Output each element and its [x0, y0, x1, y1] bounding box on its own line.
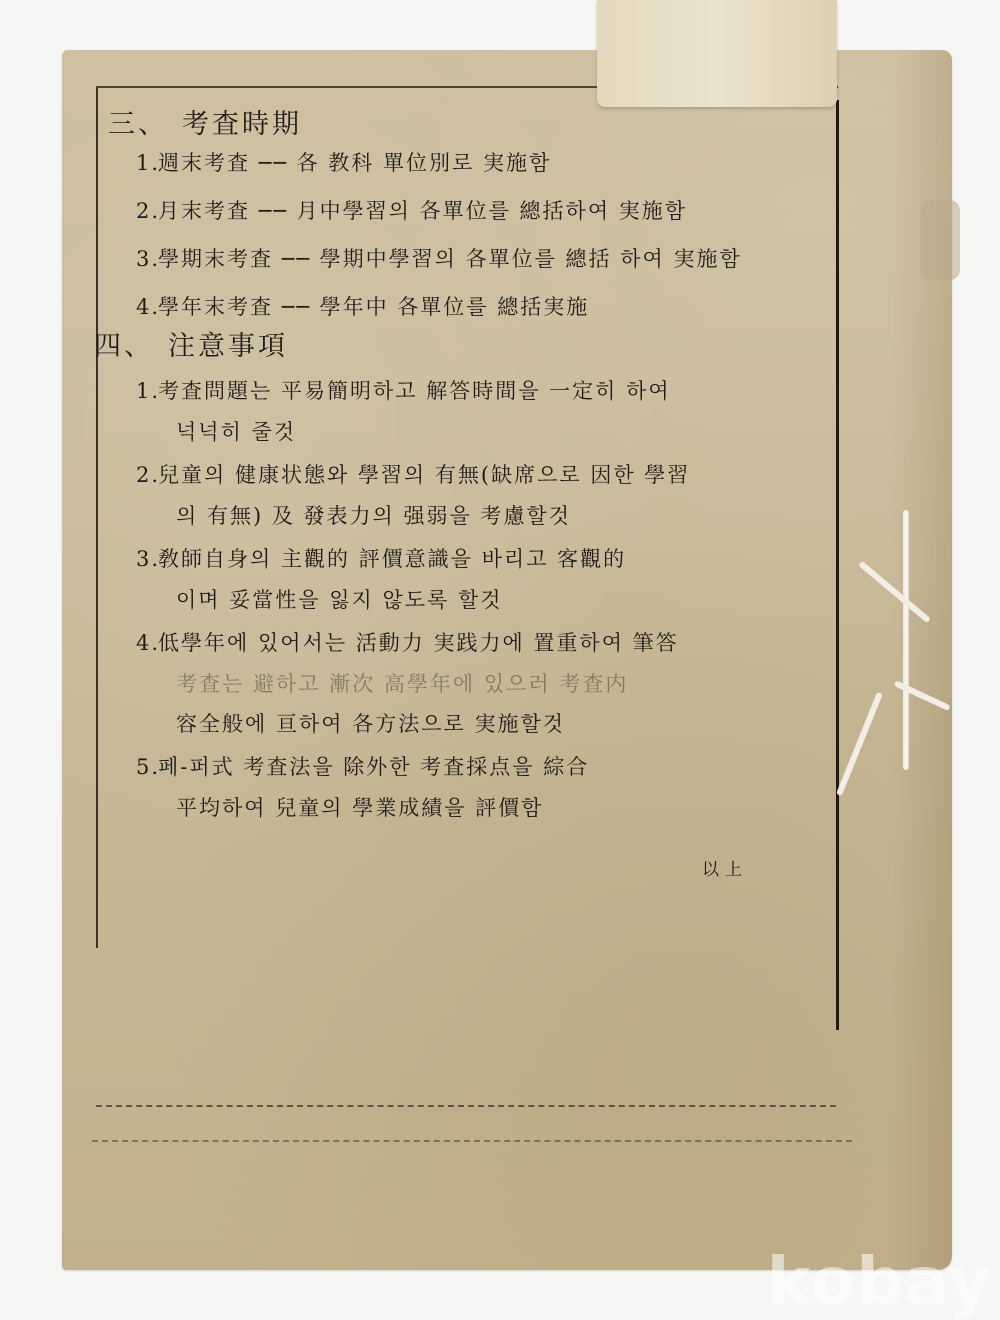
item-continuation: 容全般에 亘하여 各方法으로 実施할것 — [108, 704, 828, 744]
item-continuation: 考査는 避하고 漸次 高學年에 있으러 考査内 — [108, 664, 828, 704]
item-continuation: 넉넉히 줄것 — [108, 412, 828, 452]
section-3-item-1: 1.週末考査 ── 各 教科 單位別로 実施함 — [108, 142, 828, 184]
item-text: 低學年에 있어서는 活動力 実践力에 置重하여 筆答 — [158, 631, 679, 655]
item-text: 考査問題는 平易簡明하고 解答時間을 一定히 하여 — [158, 379, 671, 403]
section-3-item-4: 4.學年末考査 ── 學年中 各單位를 總括実施 — [108, 286, 828, 328]
item-text: 學年末考査 ── 學年中 各單位를 總括実施 — [158, 295, 589, 319]
binding-string — [903, 510, 909, 770]
section-4-item-3: 3.敎師自身의 主觀的 評價意識을 바리고 客觀的 이며 妥當性을 잃지 않도록… — [108, 538, 828, 620]
dashed-rule-upper — [96, 1105, 836, 1107]
section-title: 注意事項 — [168, 331, 288, 362]
item-number: 3. — [136, 538, 158, 580]
item-number: 2. — [136, 454, 158, 496]
item-number: 1. — [136, 142, 158, 184]
item-text: 兒童의 健康状態와 學習의 有無(缺席으로 因한 學習 — [158, 463, 690, 487]
paper-tear — [920, 200, 960, 280]
item-number: 4. — [136, 622, 158, 664]
section-4-item-5: 5.페-퍼式 考査法을 除外한 考査採点을 綜合 平均하여 兒童의 學業成績을 … — [108, 746, 828, 828]
item-text: 學期末考査 ── 學期中學習의 各單位를 總括 하여 実施함 — [158, 247, 742, 271]
section-number: 四、 — [94, 331, 154, 362]
item-text: 敎師自身의 主觀的 評價意識을 바리고 客觀的 — [158, 547, 626, 571]
document-body: 三、考査時期 1.週末考査 ── 各 教科 單位別로 実施함 2.月末考査 ──… — [108, 108, 828, 828]
item-continuation: 의 有無) 及 發表力의 强弱을 考慮할것 — [108, 496, 828, 536]
section-number: 三、 — [108, 109, 168, 140]
watermark-logo: kobay — [767, 1243, 992, 1320]
item-continuation: 이며 妥當性을 잃지 않도록 할것 — [108, 580, 828, 620]
section-title: 考査時期 — [182, 109, 302, 140]
section-3-item-3: 3.學期末考査 ── 學期中學習의 各單位를 總括 하여 実施함 — [108, 238, 828, 280]
item-number: 2. — [136, 190, 158, 232]
section-4-item-2: 2.兒童의 健康状態와 學習의 有無(缺席으로 因한 學習 의 有無) 及 發表… — [108, 454, 828, 536]
item-number: 1. — [136, 370, 158, 412]
item-number: 5. — [136, 746, 158, 788]
section-3-heading: 三、考査時期 — [108, 108, 828, 142]
section-3-item-2: 2.月末考査 ── 月中學習의 各單位를 總括하여 実施함 — [108, 190, 828, 232]
section-4-heading: 四、注意事項 — [94, 330, 828, 364]
item-text: 月末考査 ── 月中學習의 各單位를 總括하여 実施함 — [158, 199, 687, 223]
section-4-item-1: 1.考査問題는 平易簡明하고 解答時間을 一定히 하여 넉넉히 줄것 — [108, 370, 828, 452]
item-text: 페-퍼式 考査法을 除外한 考査採点을 綜合 — [158, 755, 589, 779]
closing-mark: 以上 — [702, 855, 748, 880]
item-text: 週末考査 ── 各 教科 單位別로 実施함 — [158, 151, 551, 175]
item-continuation: 平均하여 兒童의 學業成績을 評價함 — [108, 788, 828, 828]
item-number: 4. — [136, 286, 158, 328]
folded-paper-flap — [597, 0, 837, 107]
document-frame-right-rule — [836, 100, 839, 1030]
section-4-item-4: 4.低學年에 있어서는 活動力 実践力에 置重하여 筆答 考査는 避하고 漸次 … — [108, 622, 828, 744]
dashed-rule-lower — [92, 1140, 852, 1142]
item-number: 3. — [136, 238, 158, 280]
